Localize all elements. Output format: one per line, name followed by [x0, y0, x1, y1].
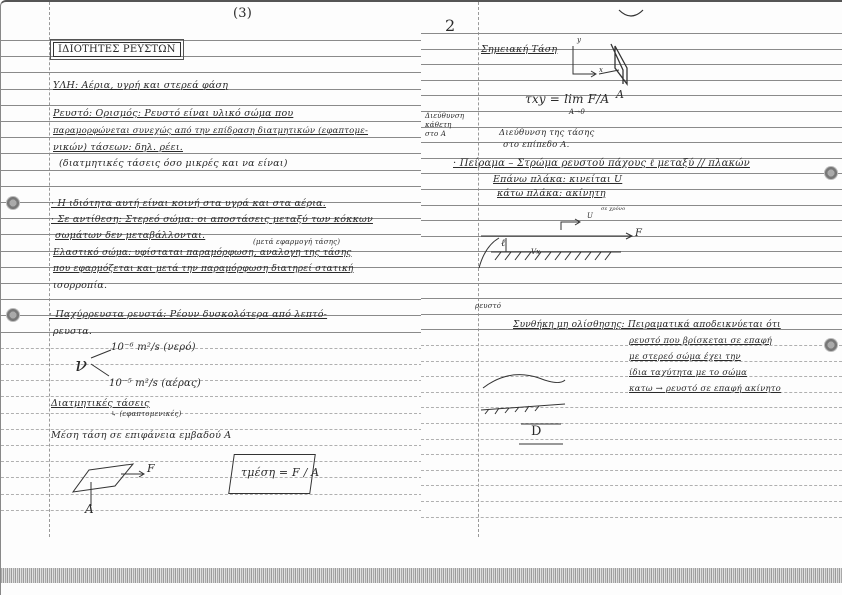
- page-number: (3): [233, 6, 252, 21]
- ruled-line: [1, 121, 422, 122]
- ruled-line: [1, 380, 422, 381]
- scan-noise-band: [421, 568, 842, 583]
- point-stress-formula: τxy = lim F/A: [525, 92, 609, 106]
- ruled-line: [1, 477, 422, 478]
- ruled-line: [1, 413, 422, 414]
- note-line: ΥΛΗ: Αέρια, υγρή και στερεά φάση: [53, 80, 228, 91]
- ruled-line: [421, 501, 842, 502]
- note-line: ίδια ταχύτητα με το σώμα: [629, 368, 747, 378]
- note-line: παραμορφώνεται συνεχώς από την επίδραση …: [53, 126, 368, 136]
- ruled-line: [1, 494, 422, 495]
- note-annotation: ↳ (εφαπτομενικές): [111, 410, 182, 418]
- annotation-normal: στο A: [425, 130, 446, 138]
- ruled-line: [421, 283, 842, 284]
- punch-hole: [6, 196, 20, 210]
- note-line: Διατμητικές τάσεις: [51, 398, 150, 409]
- ruled-line: [1, 137, 422, 138]
- ruled-line: [1, 510, 422, 511]
- page-number: 2: [445, 16, 455, 35]
- ruled-line: [1, 186, 422, 187]
- note-line: Συνθήκη μη ολίσθησης: Πειραματικά αποδει…: [513, 320, 781, 330]
- ruled-line: [1, 461, 422, 462]
- note-line: που εφαρμόζεται και μετά την παραμόρφωση…: [53, 264, 354, 274]
- note-line: Σημειακή Τάση: [481, 44, 557, 55]
- ruled-line: [1, 299, 422, 300]
- d-label: D: [531, 424, 542, 439]
- ruled-line: [421, 314, 842, 315]
- note-line: Μέση τάση σε επιφάνεια εμβαδού A: [51, 430, 231, 441]
- margin-line: [49, 2, 50, 537]
- ruled-line: [421, 111, 842, 112]
- punch-hole: [6, 308, 20, 322]
- scan-noise-band: [1, 568, 422, 583]
- ruled-line: [421, 127, 842, 128]
- area-label: A: [85, 502, 94, 516]
- ring-mark: [617, 8, 647, 20]
- note-line: Επάνω πλάκα: κινείται U: [493, 174, 622, 185]
- ruled-line: [1, 170, 422, 171]
- note-line: (διατμητικές τάσεις όσο μικρές και να εί…: [59, 158, 288, 169]
- note-line: · Πείραμα – Στρώμα ρευστού πάχους ℓ μετα…: [453, 158, 750, 169]
- punch-hole: [824, 338, 838, 352]
- ruled-line: [421, 298, 842, 299]
- force-label: F: [147, 462, 155, 475]
- velocity-label: U: [587, 212, 593, 220]
- ruled-line: [421, 142, 842, 143]
- velocity-note: σε χρόνο: [601, 206, 625, 212]
- ruled-line: [1, 153, 422, 154]
- punch-hole: [824, 166, 838, 180]
- viscosity-water: 10⁻⁶ m²/s (νερό): [111, 342, 196, 353]
- ruled-line: [1, 445, 422, 446]
- plates-diagram: [461, 216, 681, 276]
- ruled-line: [421, 33, 842, 34]
- note-line: στο επίπεδο A.: [503, 140, 570, 150]
- notebook-page-right: 2 Σημειακή Τάση y x A τxy = lim F/A A→0 …: [421, 0, 842, 595]
- axis-x-label: x: [599, 66, 603, 74]
- note-line: · Σε αντίθεση: Στερεό σώμα: οι αποστάσει…: [51, 214, 373, 225]
- ruled-line: [1, 364, 422, 365]
- ruled-line: [1, 40, 422, 41]
- thickness-label: ℓ: [501, 238, 505, 249]
- note-line: ισορροπία.: [53, 280, 107, 291]
- notebook-page-left: (3) ΙΔΙΟΤΗΤΕΣ ΡΕΥΣΤΩΝ ΥΛΗ: Αέρια, υγρή κ…: [0, 0, 422, 595]
- plane-label: A: [616, 88, 624, 101]
- page-title: ΙΔΙΟΤΗΤΕΣ ΡΕΥΣΤΩΝ: [53, 42, 181, 57]
- force-label: F: [635, 228, 642, 239]
- note-line: ρευστα.: [53, 326, 92, 337]
- note-line: Ρευστό: Ορισμός: Ρευστό είναι υλικό σώμα…: [53, 108, 293, 119]
- ruled-line: [421, 517, 842, 518]
- ruled-line: [421, 485, 842, 486]
- note-line: · Παχύρρευστα ρευστά: Ρέουν δυσκολότερα …: [49, 309, 327, 320]
- note-line: Διεύθυνση της τάσης: [499, 128, 594, 138]
- vx-label: Vx: [531, 248, 540, 256]
- viscosity-symbol: ν: [75, 352, 87, 376]
- ruled-line: [1, 72, 422, 73]
- ruled-line: [421, 189, 842, 190]
- ruled-line: [1, 105, 422, 106]
- note-line: κατω → ρευστό σε επαφή ακίνητο: [629, 384, 781, 394]
- limit-subscript: A→0: [569, 108, 585, 116]
- ruled-line: [421, 205, 842, 206]
- ruled-line: [421, 173, 842, 174]
- annotation-normal: κάθετη: [425, 121, 452, 129]
- annotation-normal: Διεύθυνση: [425, 112, 464, 120]
- note-line: Ελαστικό σώμα: υφίσταται παραμόρφωση, αν…: [53, 248, 352, 258]
- axis-y-label: y: [577, 36, 581, 44]
- ruled-line: [1, 348, 422, 349]
- note-annotation: (μετά εφαρμογή τάσης): [253, 238, 340, 246]
- note-line: σωμάτων δεν μεταβάλλονται.: [55, 230, 205, 241]
- ruled-line: [421, 470, 842, 471]
- note-line: νικών) τάσεων: δηλ. ρέει.: [53, 142, 183, 153]
- mean-stress-formula: τμέση = F / A: [241, 466, 319, 479]
- fluid-label: ρευστό: [475, 302, 501, 310]
- note-line: ρευστό που βρίσκεται σε επαφή: [629, 336, 772, 346]
- boundary-diagram: [479, 368, 599, 458]
- viscosity-air: 10⁻⁵ m²/s (αέρας): [109, 378, 201, 389]
- note-line: · Η ιδιότητα αυτή είναι κοινή στα υγρά κ…: [51, 198, 326, 209]
- note-line: κάτω πλάκα: ακίνητη: [497, 188, 606, 199]
- note-line: με στερεό σώμα έχει την: [629, 352, 741, 362]
